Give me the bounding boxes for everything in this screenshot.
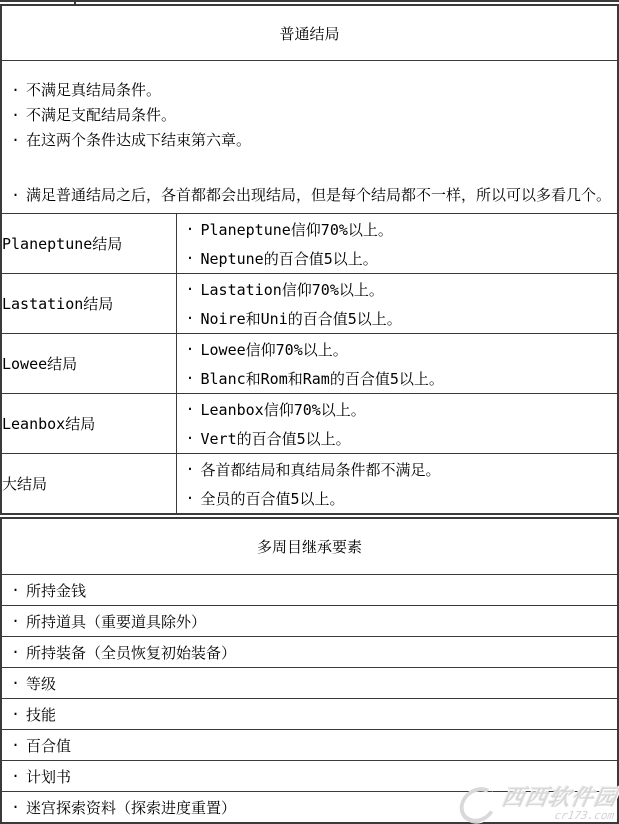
- bullet-icon: ·: [11, 186, 26, 204]
- table-row: · 技能: [1, 699, 618, 730]
- item-text: 计划书: [26, 766, 71, 787]
- bullet-icon: ·: [186, 249, 201, 267]
- cropped-table-edge: [0, 0, 619, 2]
- bullet-icon: ·: [186, 280, 201, 298]
- bullet-icon: ·: [186, 220, 201, 238]
- table-row: Lowee结局 · Lowee信仰70%以上。 · Blanc和Rom和Ram的…: [1, 334, 618, 394]
- inheritance-item-cell: · 技能: [1, 699, 618, 730]
- condition-text: 各首都结局和真结局条件都不满足。: [201, 459, 441, 480]
- list-item: · 满足普通结局之后，各首都都会出现结局，但是每个结局都不一样，所以可以多看几个…: [2, 182, 617, 207]
- inheritance-item-cell: · 等级: [1, 668, 618, 699]
- condition-text: Vert的百合值5以上。: [201, 428, 351, 449]
- list-item: · Vert的百合值5以上。: [177, 424, 618, 453]
- list-item: · 在这两个条件达成下结束第六章。: [2, 127, 617, 152]
- bullet-icon: ·: [11, 581, 26, 599]
- bullet-icon: ·: [11, 81, 26, 99]
- ending-conditions-cell: · Leanbox信仰70%以上。 · Vert的百合值5以上。: [176, 394, 618, 454]
- condition-text: Noire和Uni的百合值5以上。: [201, 308, 402, 329]
- table-row: · 迷宫探索资料（探索进度重置）: [1, 792, 618, 824]
- bullet-icon: ·: [11, 131, 26, 149]
- bullet-icon: ·: [11, 106, 26, 124]
- normal-ending-conditions-cell: · 不满足真结局条件。 · 不满足支配结局条件。 · 在这两个条件达成下结束第六…: [1, 61, 618, 214]
- list-item: · 百合值: [2, 730, 617, 760]
- list-item: · Planeptune信仰70%以上。: [177, 215, 618, 244]
- condition-text: Lowee信仰70%以上。: [201, 339, 348, 360]
- item-text: 技能: [26, 704, 56, 725]
- item-text: 迷宫探索资料（探索进度重置）: [26, 797, 236, 818]
- item-text: 所持装备（全员恢复初始装备）: [26, 642, 236, 663]
- list-item: · 所持道具（重要道具除外）: [2, 606, 617, 636]
- table-row: · 百合值: [1, 730, 618, 761]
- condition-text: Neptune的百合值5以上。: [201, 248, 378, 269]
- list-item: · 不满足真结局条件。: [2, 77, 617, 102]
- bullet-icon: ·: [11, 767, 26, 785]
- condition-text: Lastation信仰70%以上。: [201, 279, 384, 300]
- table-row: · 所持道具（重要道具除外）: [1, 606, 618, 637]
- item-text: 所持道具（重要道具除外）: [26, 611, 206, 632]
- ending-conditions-cell: · Lowee信仰70%以上。 · Blanc和Rom和Ram的百合值5以上。: [176, 334, 618, 394]
- inheritance-table: 多周目继承要素 · 所持金钱 · 所持道具（重要道具除外） · 所持装备（全员恢…: [0, 517, 619, 824]
- table-row: · 所持金钱: [1, 575, 618, 606]
- condition-text: Blanc和Rom和Ram的百合值5以上。: [201, 368, 444, 389]
- item-text: 百合值: [26, 735, 71, 756]
- bullet-icon: ·: [186, 489, 201, 507]
- table-row: Planeptune结局 · Planeptune信仰70%以上。 · Nept…: [1, 214, 618, 274]
- table-row: 大结局 · 各首都结局和真结局条件都不满足。 · 全员的百合值5以上。: [1, 454, 618, 515]
- ending-label: Planeptune结局: [1, 214, 176, 274]
- list-item: · 技能: [2, 699, 617, 729]
- list-item: · 等级: [2, 668, 617, 698]
- table-row: 多周目继承要素: [1, 518, 618, 575]
- ending-label: Lastation结局: [1, 274, 176, 334]
- bullet-icon: ·: [186, 309, 201, 327]
- list-item: · 所持金钱: [2, 575, 617, 605]
- ending-conditions-cell: · Lastation信仰70%以上。 · Noire和Uni的百合值5以上。: [176, 274, 618, 334]
- bullet-icon: ·: [186, 340, 201, 358]
- table-row: · 计划书: [1, 761, 618, 792]
- ending-label: Leanbox结局: [1, 394, 176, 454]
- cropped-column-divider: [74, 0, 76, 6]
- note-text: 满足普通结局之后，各首都都会出现结局，但是每个结局都不一样，所以可以多看几个。: [26, 184, 611, 205]
- list-item: · Neptune的百合值5以上。: [177, 244, 618, 273]
- inheritance-item-cell: · 所持道具（重要道具除外）: [1, 606, 618, 637]
- ending-conditions-cell: · Planeptune信仰70%以上。 · Neptune的百合值5以上。: [176, 214, 618, 274]
- bullet-icon: ·: [186, 429, 201, 447]
- list-item: · Noire和Uni的百合值5以上。: [177, 304, 618, 333]
- list-item: · Lastation信仰70%以上。: [177, 275, 618, 304]
- table-row: Lastation结局 · Lastation信仰70%以上。 · Noire和…: [1, 274, 618, 334]
- bullet-icon: ·: [186, 460, 201, 478]
- condition-text: 不满足真结局条件。: [26, 79, 161, 100]
- bullet-icon: ·: [11, 736, 26, 754]
- list-item: · 计划书: [2, 761, 617, 791]
- inheritance-item-cell: · 所持装备（全员恢复初始装备）: [1, 637, 618, 668]
- bullet-icon: ·: [186, 369, 201, 387]
- ending-label: 大结局: [1, 454, 176, 515]
- endings-table: 普通结局 · 不满足真结局条件。 · 不满足支配结局条件。 · 在这两个条件达成…: [0, 4, 619, 515]
- inheritance-item-cell: · 计划书: [1, 761, 618, 792]
- bullet-icon: ·: [11, 643, 26, 661]
- condition-text: 全员的百合值5以上。: [201, 488, 345, 509]
- table-row: · 等级: [1, 668, 618, 699]
- inheritance-item-cell: · 百合值: [1, 730, 618, 761]
- bullet-icon: ·: [11, 798, 26, 816]
- item-text: 等级: [26, 673, 56, 694]
- bullet-icon: ·: [186, 400, 201, 418]
- inheritance-item-cell: · 迷宫探索资料（探索进度重置）: [1, 792, 618, 824]
- list-item: · Leanbox信仰70%以上。: [177, 395, 618, 424]
- blank-line: [2, 152, 617, 182]
- inheritance-header: 多周目继承要素: [1, 518, 618, 575]
- condition-text: Planeptune信仰70%以上。: [201, 219, 393, 240]
- list-item: · Blanc和Rom和Ram的百合值5以上。: [177, 364, 618, 393]
- condition-text: Leanbox信仰70%以上。: [201, 399, 366, 420]
- list-item: · 所持装备（全员恢复初始装备）: [2, 637, 617, 667]
- list-item: · 全员的百合值5以上。: [177, 484, 618, 513]
- list-item: · 不满足支配结局条件。: [2, 102, 617, 127]
- bullet-icon: ·: [11, 612, 26, 630]
- condition-text: 在这两个条件达成下结束第六章。: [26, 129, 251, 150]
- list-item: · 迷宫探索资料（探索进度重置）: [2, 792, 617, 822]
- bullet-icon: ·: [11, 705, 26, 723]
- normal-ending-header: 普通结局: [1, 5, 618, 61]
- list-item: · 各首都结局和真结局条件都不满足。: [177, 455, 618, 484]
- table-row: 普通结局: [1, 5, 618, 61]
- table-row: · 不满足真结局条件。 · 不满足支配结局条件。 · 在这两个条件达成下结束第六…: [1, 61, 618, 214]
- bullet-icon: ·: [11, 674, 26, 692]
- inheritance-item-cell: · 所持金钱: [1, 575, 618, 606]
- item-text: 所持金钱: [26, 580, 86, 601]
- ending-label: Lowee结局: [1, 334, 176, 394]
- list-item: · Lowee信仰70%以上。: [177, 335, 618, 364]
- table-row: · 所持装备（全员恢复初始装备）: [1, 637, 618, 668]
- ending-conditions-cell: · 各首都结局和真结局条件都不满足。 · 全员的百合值5以上。: [176, 454, 618, 515]
- table-row: Leanbox结局 · Leanbox信仰70%以上。 · Vert的百合值5以…: [1, 394, 618, 454]
- condition-text: 不满足支配结局条件。: [26, 104, 176, 125]
